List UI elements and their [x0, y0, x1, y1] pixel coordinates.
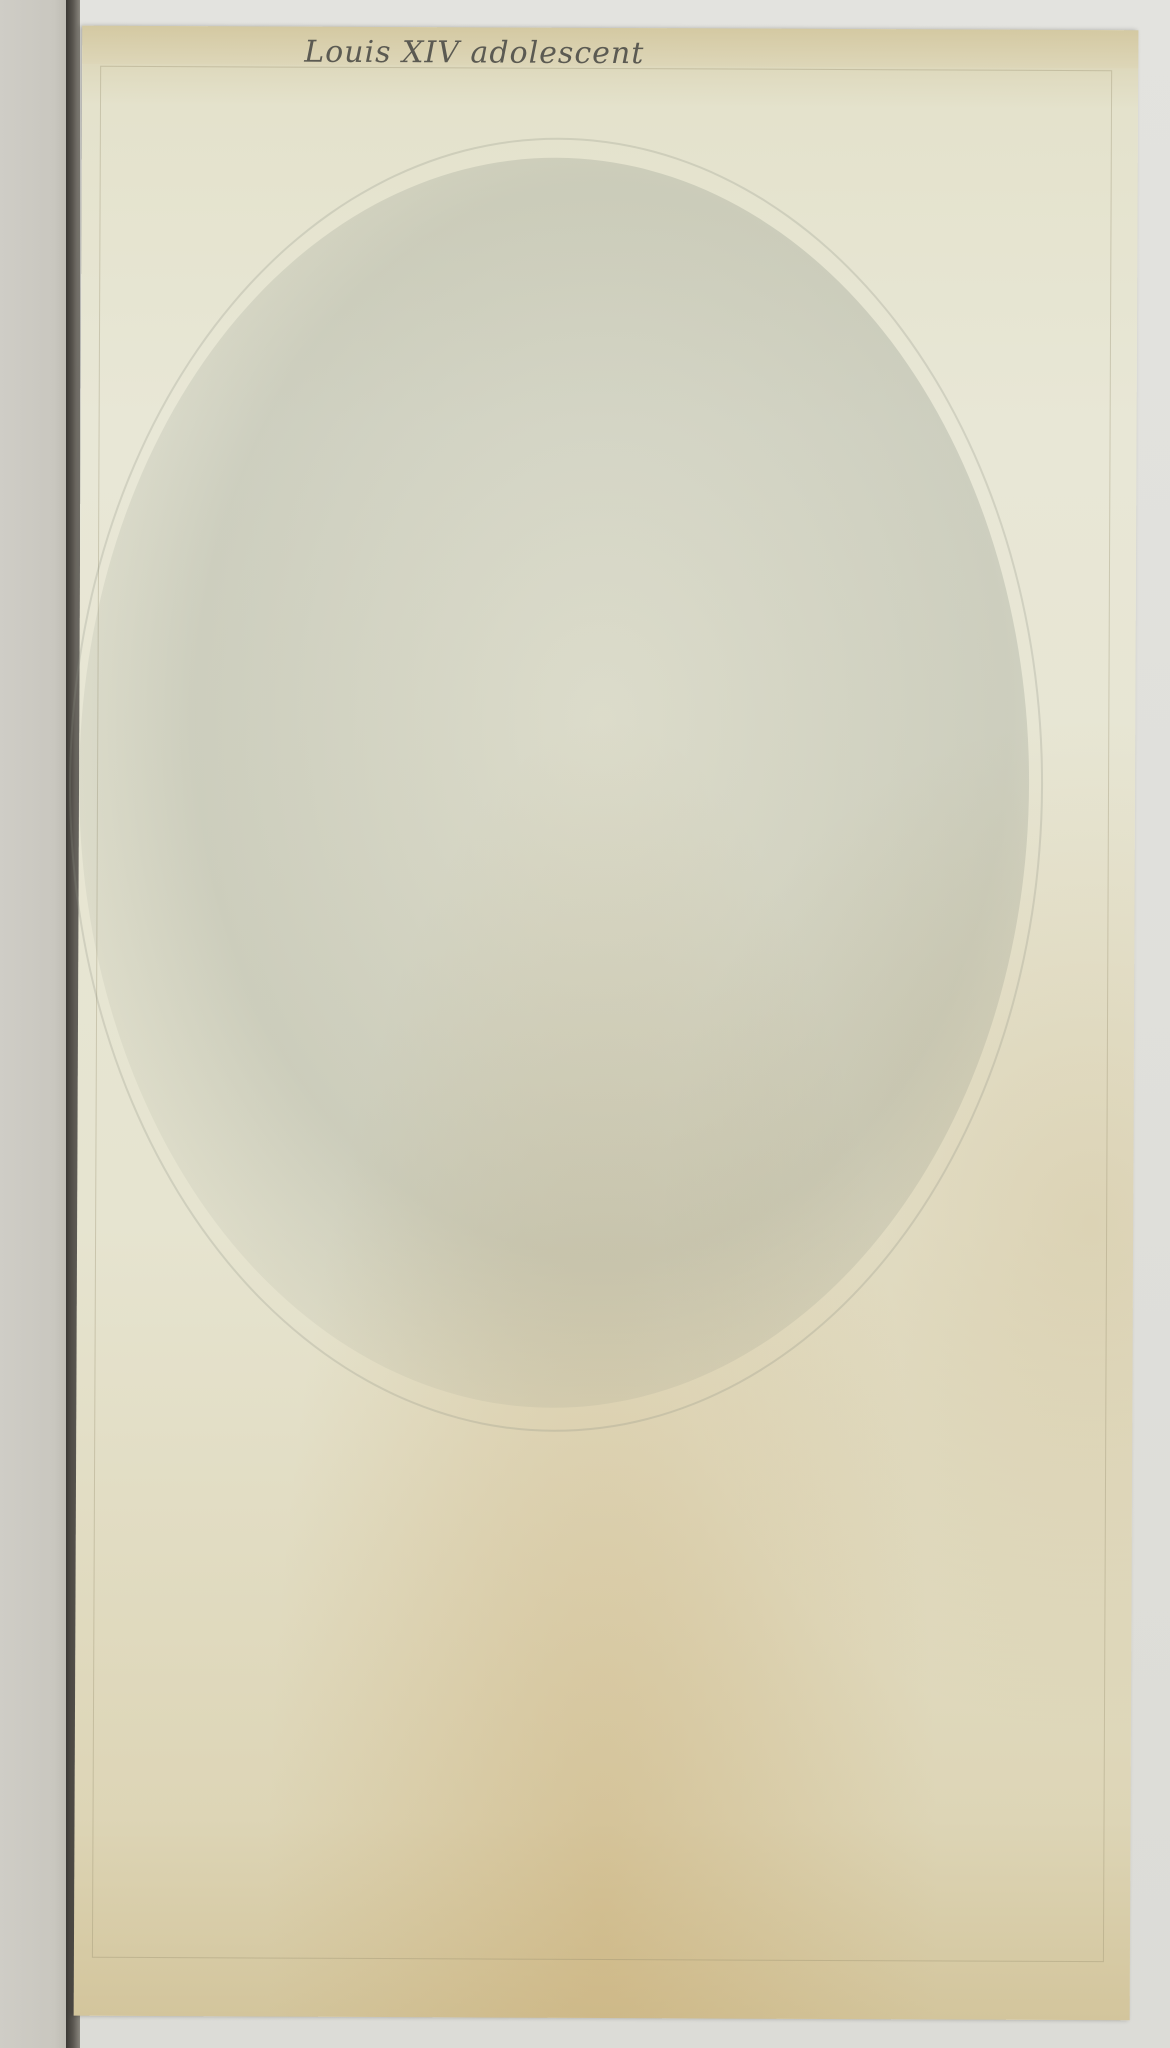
adjacent-book-page — [0, 0, 68, 2048]
pencil-inscription: Louis XIV adolescent — [304, 35, 644, 71]
print-sheet-verso: Louis XIV adolescent — [74, 26, 1139, 2021]
portrait-oval-showthrough — [76, 156, 1031, 1410]
